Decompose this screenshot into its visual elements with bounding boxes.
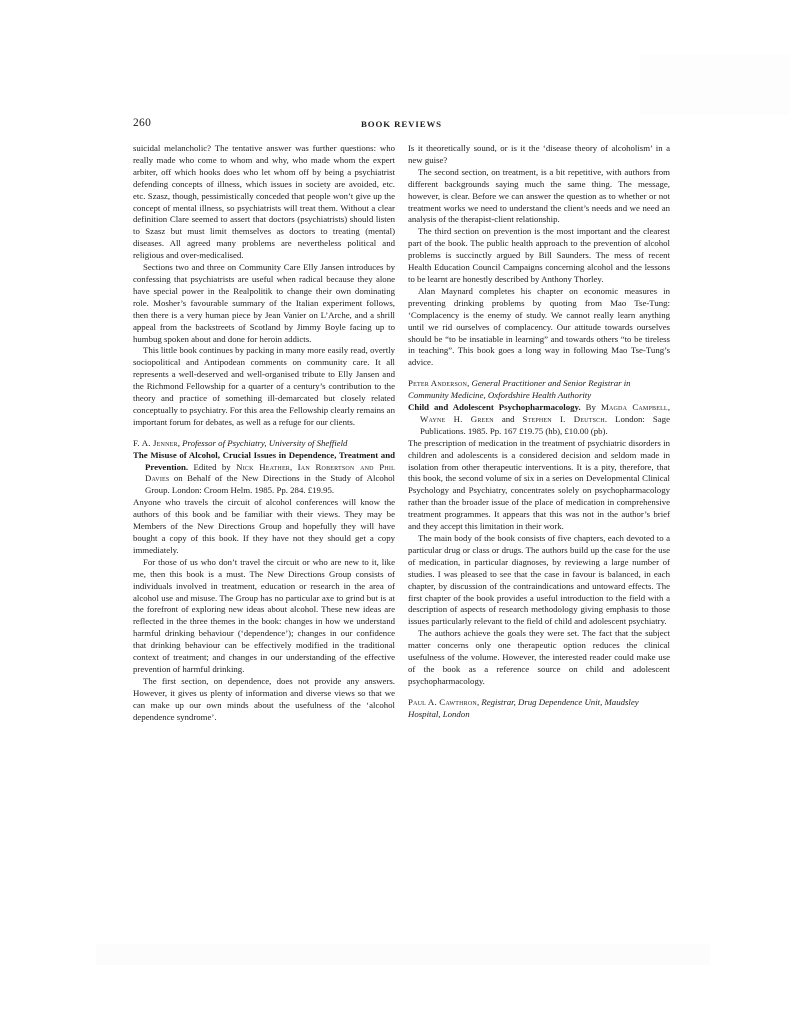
running-header: 260 BOOK REVIEWS — [133, 117, 670, 132]
reviewer-role: Professor of Psychiatry, University of S… — [182, 438, 347, 448]
review-paragraph: The authors achieve the goals they were … — [408, 628, 670, 688]
book-heading: Child and Adolescent Psychopharmacology.… — [408, 402, 670, 438]
review-paragraph: Alan Maynard completes his chapter on ec… — [408, 286, 670, 369]
book-title: Child and Adolescent Psychopharmacology. — [408, 402, 581, 412]
review-paragraph: suicidal melancholic? The tentative answ… — [133, 143, 395, 262]
author-name: Wayne H. Green — [420, 414, 494, 424]
editor-name: Nick Heather — [236, 462, 290, 472]
review-paragraph: The main body of the book consists of fi… — [408, 533, 670, 628]
author-name: Magda Campbell — [601, 402, 668, 412]
scan-artifact — [640, 55, 790, 115]
review-paragraph: Is it theoretically sound, or is it the … — [408, 143, 670, 167]
heading-imprint: on Behalf of the New Directions in the S… — [145, 473, 395, 495]
reviewer-name: F. A. Jenner — [133, 438, 178, 448]
heading-text: Edited by — [188, 462, 236, 472]
reviewer-signature: Peter Anderson, General Practitioner and… — [408, 378, 670, 402]
left-column: suicidal melancholic? The tentative answ… — [133, 143, 395, 724]
review-paragraph: The third section on prevention is the m… — [408, 226, 670, 286]
scan-artifact — [96, 944, 710, 965]
heading-text: , — [668, 402, 670, 412]
book-heading: The Misuse of Alcohol, Crucial Issues in… — [133, 450, 395, 498]
right-column: Is it theoretically sound, or is it the … — [408, 143, 670, 724]
reviewer-name: Peter Anderson — [408, 378, 467, 388]
two-column-layout: suicidal melancholic? The tentative answ… — [133, 143, 670, 724]
page-content: 260 BOOK REVIEWS suicidal melancholic? T… — [133, 117, 670, 724]
reviewer-signature: F. A. Jenner, Professor of Psychiatry, U… — [133, 438, 395, 450]
journal-page: 260 BOOK REVIEWS suicidal melancholic? T… — [0, 0, 800, 1036]
review-paragraph: The prescription of medication in the tr… — [408, 438, 670, 533]
review-paragraph: Anyone who travels the circuit of alcoho… — [133, 497, 395, 557]
review-paragraph: For those of us who don’t travel the cir… — [133, 557, 395, 676]
review-paragraph: This little book continues by packing in… — [133, 345, 395, 428]
review-paragraph: Sections two and three on Community Care… — [133, 262, 395, 345]
review-paragraph: The second section, on treatment, is a b… — [408, 167, 670, 227]
reviewer-signature: Paul A. Cawthron, Registrar, Drug Depend… — [408, 697, 670, 721]
heading-text: and — [494, 414, 523, 424]
review-paragraph: The first section, on dependence, does n… — [133, 676, 395, 724]
running-head-title: BOOK REVIEWS — [133, 119, 670, 129]
reviewer-name: Paul A. Cawthron — [408, 697, 477, 707]
author-name: Stephen I. Deutsch — [523, 414, 605, 424]
heading-text: By — [581, 402, 601, 412]
heading-text: , — [290, 462, 298, 472]
